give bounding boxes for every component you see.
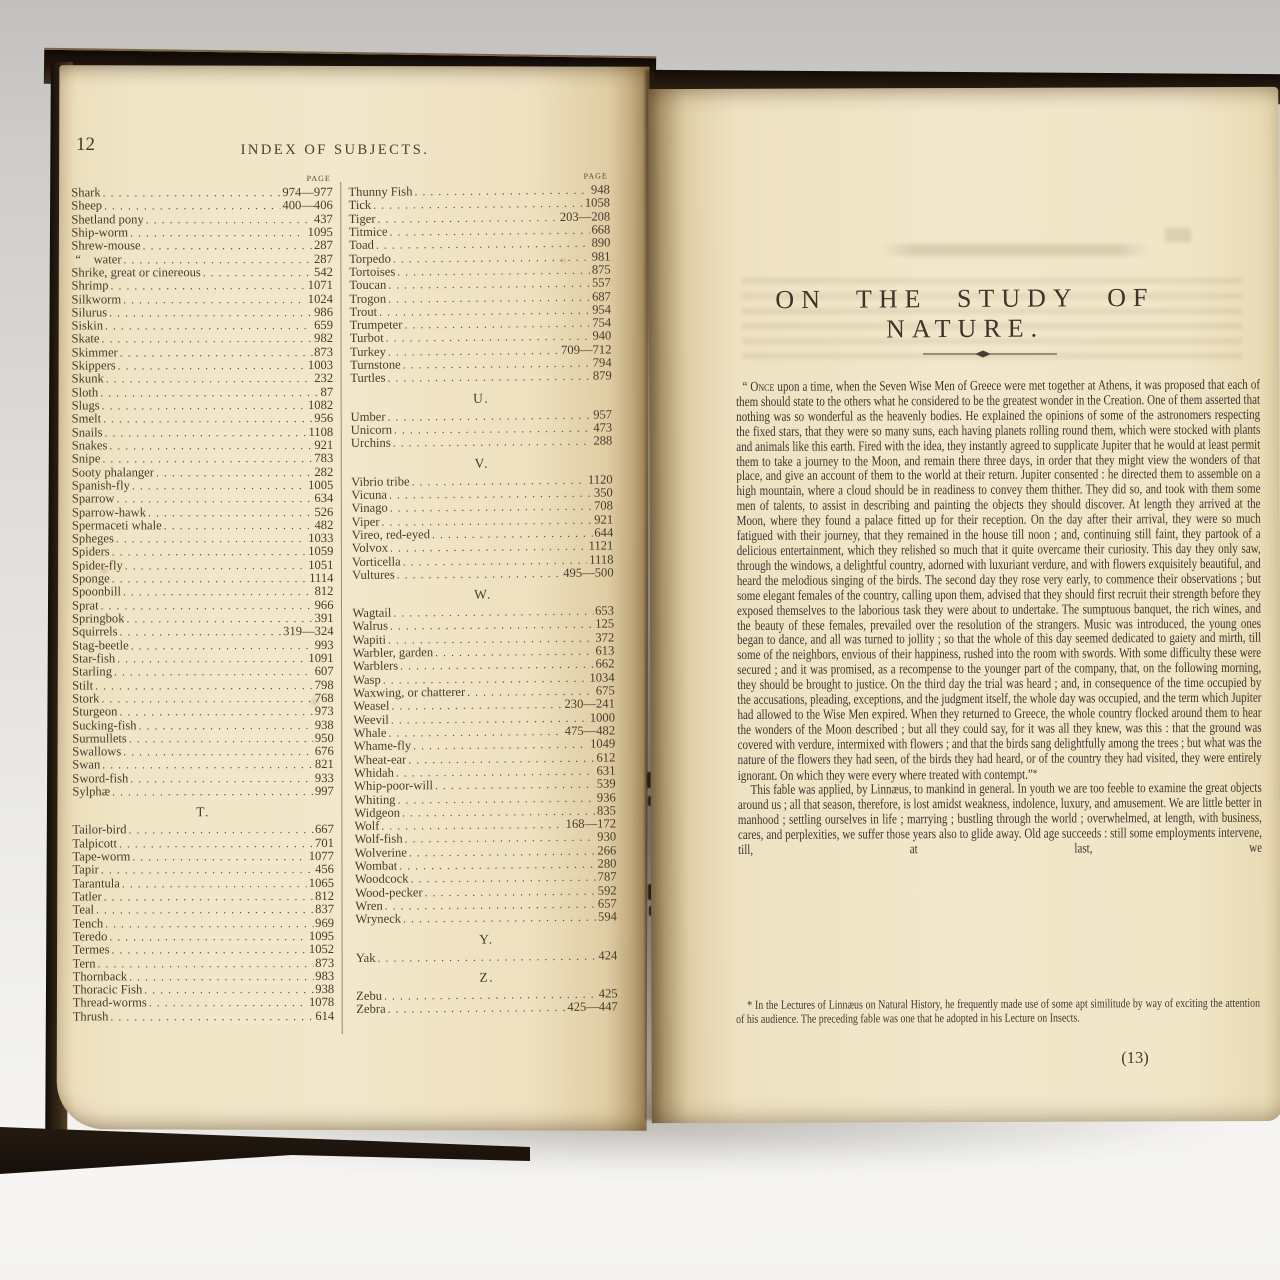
chapter-title: ON THE STUDY OF NATURE.	[690, 282, 1240, 345]
index-entry: Talpicott701	[72, 836, 334, 850]
index-entry: Skate982	[72, 331, 334, 345]
paragraph-lead: “ Once	[742, 379, 774, 394]
entry-name: Vultures	[352, 567, 395, 582]
entry-page-number: 495—500	[563, 565, 614, 580]
index-entry: Snakes921	[72, 438, 334, 452]
page-number-right: (13)	[1080, 1048, 1190, 1068]
index-entry: Shrike, great or cinereous542	[71, 265, 333, 279]
index-entry: Swallows676	[72, 744, 334, 758]
index-entry: Tern873	[73, 956, 335, 970]
dot-leader	[110, 1009, 313, 1024]
index-entry: Tarantula1065	[72, 876, 334, 890]
index-entry: Teal837	[73, 902, 335, 916]
index-entry: Shark974—977	[71, 185, 333, 199]
index-entry: Skippers1003	[72, 358, 334, 372]
index-entry: Ship-worm1095	[71, 225, 333, 239]
index-entry: Turtles879	[350, 369, 612, 385]
entry-page-number: 879	[592, 369, 611, 384]
index-entry: Shetland pony437	[71, 212, 333, 226]
entry-name: Zebra	[356, 1002, 386, 1017]
entry-page-number: 997	[315, 784, 334, 799]
index-entry: Squirrels319—324	[72, 624, 334, 638]
section-heading: W.	[352, 586, 614, 605]
index-entry: Tench969	[73, 916, 335, 930]
index-entry: Shrew-mouse287	[71, 238, 333, 252]
index-entry: Sparrow634	[72, 491, 334, 505]
entry-page-number: 614	[315, 1009, 334, 1024]
index-entry: Swan821	[72, 757, 334, 771]
body-paragraph-2: This fable was applied, by Linnæus, to m…	[738, 781, 1262, 858]
index-column-1: PAGE Shark974—977Sheep400—406Shetland po…	[71, 174, 334, 1034]
dot-leader	[396, 566, 561, 583]
index-entry: Thread-worms1078	[73, 995, 335, 1009]
index-entry: Sponge1114	[72, 571, 334, 585]
entry-name: Turtles	[350, 371, 385, 386]
section-heading: Z.	[355, 968, 617, 987]
index-entry: Silurus986	[71, 305, 333, 319]
index-entry: Silkworm1024	[71, 292, 333, 306]
index-entry: Spermaceti whale482	[72, 518, 334, 532]
index-entry: Thornback983	[73, 969, 335, 983]
section-heading: T.	[72, 804, 334, 820]
index-column-2: PAGE Thunny Fish948Tick1058Tiger203—208T…	[348, 171, 618, 1033]
dot-leader	[402, 910, 595, 927]
index-entry: Tapir456	[72, 862, 334, 876]
index-entry: Sheep400—406	[71, 198, 333, 212]
index-entry: Spheges1033	[72, 531, 334, 545]
running-header: INDEX OF SUBJECTS.	[58, 142, 612, 159]
index-entry: Stag-beetle993	[72, 638, 334, 652]
index-entry: Tatler812	[72, 889, 334, 903]
index-entry: Stork768	[72, 691, 334, 705]
index-entry: Snails1108	[72, 425, 334, 439]
section-heading: Y.	[355, 930, 617, 949]
index-entry: Sparrow-hawk526	[72, 505, 334, 519]
index-entry: Surmullets950	[72, 731, 334, 745]
chapter-body: “ Once upon a time, when the Seven Wise …	[736, 378, 1262, 858]
index-entry: Tailor-bird667	[72, 822, 334, 836]
index-of-subjects: PAGE Shark974—977Sheep400—406Shetland po…	[71, 174, 611, 1035]
index-entry: Sword-fish933	[72, 771, 334, 785]
index-entry: Spoonbill812	[72, 584, 334, 598]
index-entry: Snipe783	[72, 451, 334, 465]
index-entry: Skunk232	[72, 371, 334, 385]
index-entry: Stilt798	[72, 678, 334, 692]
index-entry: Sprat966	[72, 598, 334, 612]
index-entry: Spider-fly1051	[72, 558, 334, 572]
index-entry: Teredo1095	[73, 929, 335, 943]
entry-name: Sylphæ	[72, 784, 110, 799]
index-entry: Sucking-fish938	[72, 718, 334, 732]
page-column-label: PAGE	[71, 174, 333, 185]
dot-leader	[377, 948, 596, 965]
index-entry: Vultures495—500	[352, 565, 614, 581]
entry-page-number: 424	[598, 948, 617, 963]
dot-leader	[387, 1000, 565, 1017]
index-entry: Tape-worm1077	[72, 849, 334, 863]
index-entry: Thoracic Fish938	[73, 982, 335, 996]
dot-leader	[112, 784, 313, 799]
entry-page-number: 288	[593, 434, 612, 449]
body-paragraph-1: “ Once upon a time, when the Seven Wise …	[736, 378, 1262, 784]
index-entry: Star-fish1091	[72, 651, 334, 665]
index-entry: Siskin659	[72, 318, 334, 332]
dot-leader	[387, 369, 591, 386]
index-entry: Wryneck594	[355, 910, 617, 926]
entry-name: Thrush	[73, 1009, 109, 1024]
entry-page-number: 425—447	[567, 1000, 618, 1015]
index-entry: Springbok391	[72, 611, 334, 625]
entry-name: Urchins	[350, 436, 390, 451]
rule-with-diamond-icon	[915, 349, 1065, 359]
section-heading: U.	[350, 389, 612, 408]
index-entry: Termes1052	[73, 942, 335, 956]
footnote-marker: *	[1033, 767, 1037, 779]
index-entry: Spiders1059	[72, 544, 334, 558]
index-entry: Sloth87	[72, 385, 334, 399]
index-entry: Thrush614	[73, 1009, 335, 1023]
index-entry: “ water287	[71, 252, 333, 266]
column-divider	[340, 182, 342, 1034]
index-entry: Yak424	[355, 948, 617, 964]
index-entry: Sooty phalanger282	[72, 465, 334, 479]
index-entry: Urchins288	[350, 434, 612, 450]
entry-name: Wryneck	[355, 912, 401, 927]
decorative-rule	[915, 346, 1065, 364]
index-entry: Smelt956	[72, 411, 334, 425]
dot-leader	[392, 434, 591, 451]
footnote: * In the Lectures of Linnæus on Natural …	[736, 996, 1260, 1027]
index-entry: Spanish-fly1005	[72, 478, 334, 492]
entry-page-number: 594	[597, 910, 616, 925]
index-entry: Starling607	[72, 664, 334, 678]
index-entry: Sturgeon973	[72, 704, 334, 718]
section-heading: V.	[350, 454, 612, 473]
index-entry: Slugs1082	[72, 398, 334, 412]
index-entry: Shrimp1071	[71, 278, 333, 292]
index-entry: Zebra425—447	[356, 1000, 618, 1016]
index-entry: Sylphæ997	[72, 784, 334, 798]
entry-name: Yak	[355, 950, 375, 965]
paragraph-text: upon a time, when the Seven Wise Men of …	[736, 377, 1262, 783]
index-entry: Skimmer873	[72, 345, 334, 359]
